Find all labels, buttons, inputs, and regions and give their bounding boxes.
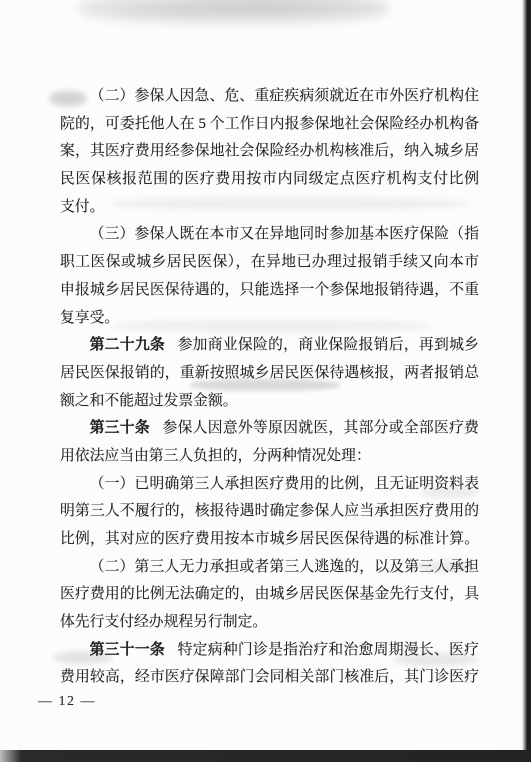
text-line: 额之和不能超过发票金额。 (60, 388, 479, 416)
article-heading: 第三十一条 (90, 642, 165, 658)
scan-edge-bottom (0, 750, 531, 762)
text-line: 申报城乡居民医保待遇的，只能选择一个参保地报销待遇，不重 (60, 277, 479, 305)
text-run: 申报城乡居民医保待遇的，只能选择一个参保地报销待遇，不重 (60, 282, 479, 298)
scan-edge-right (522, 0, 531, 762)
text-line: 第二十九条参加商业保险的，商业保险报销后，再到城乡 (60, 332, 479, 360)
text-line: 支付。 (60, 194, 479, 222)
text-line: （三）参保人既在本市又在异地同时参加基本医疗保险（指 (60, 221, 479, 249)
text-run: （一）已明确第三人承担医疗费用的比例，且无证明资料表 (90, 476, 479, 492)
text-line: （一）已明确第三人承担医疗费用的比例，且无证明资料表 (60, 471, 479, 499)
text-run: 院的，可委托他人在 5 个工作日内报参保地社会保险经办机构备 (60, 116, 479, 132)
text-line: 用依法应当由第三人负担的，分两种情况处理： (60, 443, 479, 471)
text-line: 院的，可委托他人在 5 个工作日内报参保地社会保险经办机构备 (60, 111, 479, 139)
text-run: 参加商业保险的，商业保险报销后，再到城乡 (178, 337, 479, 353)
text-line: 第三十条参保人因意外等原因就医，其部分或全部医疗费 (60, 415, 479, 443)
text-run: 医疗费用的比例无法确定的，由城乡居民医保基金先行支付，具 (60, 586, 479, 602)
text-line: 居民医保报销的，重新按照城乡居民医保待遇核报，两者报销总 (60, 360, 479, 388)
text-run: 居民医保报销的，重新按照城乡居民医保待遇核报，两者报销总 (60, 365, 479, 381)
text-run: 支付。 (60, 199, 104, 215)
text-line: 比例，其对应的医疗费用按本市城乡居民医保待遇的标准计算。 (60, 526, 479, 554)
text-run: 参保人因意外等原因就医，其部分或全部医疗费 (163, 420, 479, 436)
text-run: （二）第三人无力承担或者第三人逃逸的，以及第三人承担 (90, 559, 479, 575)
scanned-document-page: （二）参保人因急、危、重症疾病须就近在市外医疗机构住院的，可委托他人在 5 个工… (0, 0, 531, 762)
text-run: 民医保核报范围的医疗费用按市内同级定点医疗机构支付比例 (60, 171, 479, 187)
text-run: 特定病种门诊是指治疗和治愈周期漫长、医疗 (178, 642, 479, 658)
text-line: 医疗费用的比例无法确定的，由城乡居民医保基金先行支付，具 (60, 581, 479, 609)
text-run: 职工医保或城乡居民医保），在异地已办理过报销手续又向本市 (60, 254, 479, 270)
text-run: 复享受。 (60, 310, 119, 326)
text-run: 明第三人不履行的，核报待遇时确定参保人应当承担医疗费用的 (60, 503, 479, 519)
text-line: 复享受。 (60, 305, 479, 333)
text-run: 用依法应当由第三人负担的，分两种情况处理： (60, 448, 371, 464)
text-line: 明第三人不履行的，核报待遇时确定参保人应当承担医疗费用的 (60, 498, 479, 526)
text-run: 案，其医疗费用经参保地社会保险经办机构核准后，纳入城乡居 (60, 143, 479, 159)
text-line: 体先行支付经办规程另行制定。 (60, 609, 479, 637)
text-run: 体先行支付经办规程另行制定。 (60, 614, 267, 630)
text-run: 比例，其对应的医疗费用按本市城乡居民医保待遇的标准计算。 (60, 531, 479, 547)
text-line: 民医保核报范围的医疗费用按市内同级定点医疗机构支付比例 (60, 166, 479, 194)
text-line: 第三十一条特定病种门诊是指治疗和治愈周期漫长、医疗 (60, 637, 479, 665)
text-run: （二）参保人因急、危、重症疾病须就近在市外医疗机构住 (90, 88, 479, 104)
text-line: 费用较高，经市医疗保障部门会同相关部门核准后，其门诊医疗 (60, 664, 479, 692)
scan-artifact (78, 0, 388, 26)
article-heading: 第二十九条 (90, 337, 165, 353)
text-line: 职工医保或城乡居民医保），在异地已办理过报销手续又向本市 (60, 249, 479, 277)
text-line: （二）第三人无力承担或者第三人逃逸的，以及第三人承担 (60, 554, 479, 582)
page-number: — 12 — (38, 694, 96, 710)
text-run: （三）参保人既在本市又在异地同时参加基本医疗保险（指 (90, 226, 479, 242)
text-line: 案，其医疗费用经参保地社会保险经办机构核准后，纳入城乡居 (60, 138, 479, 166)
text-run: 费用较高，经市医疗保障部门会同相关部门核准后，其门诊医疗 (60, 669, 479, 685)
document-body: （二）参保人因急、危、重症疾病须就近在市外医疗机构住院的，可委托他人在 5 个工… (60, 83, 479, 692)
text-run: 额之和不能超过发票金额。 (60, 393, 238, 409)
article-heading: 第三十条 (90, 420, 150, 436)
text-line: （二）参保人因急、危、重症疾病须就近在市外医疗机构住 (60, 83, 479, 111)
